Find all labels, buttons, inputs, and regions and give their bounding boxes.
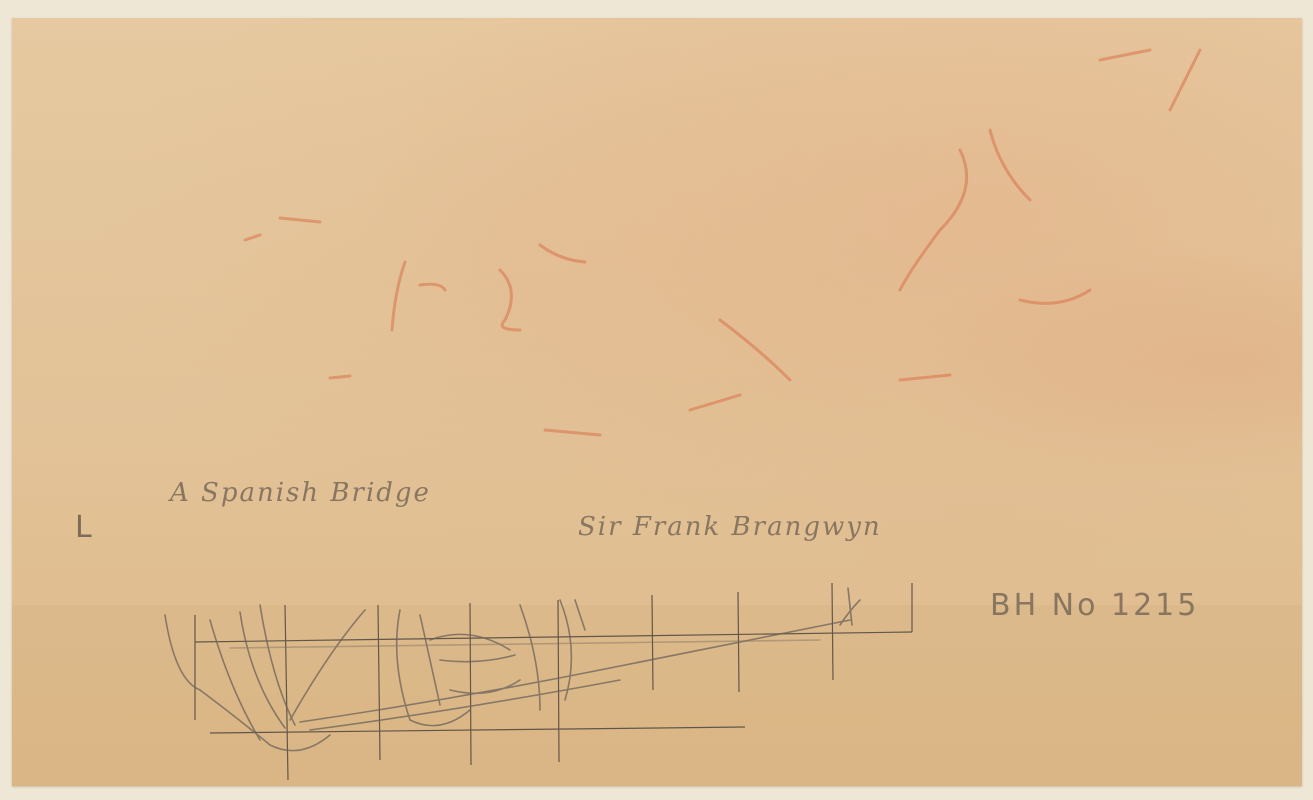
bridge-sketch <box>165 588 860 751</box>
pencil-grid <box>195 583 912 780</box>
artist-inscription: Sir Frank Brangwyn <box>578 512 882 542</box>
inventory-number: BH No 1215 <box>990 588 1199 623</box>
title-inscription: A Spanish Bridge <box>170 478 431 508</box>
margin-mark: L <box>75 510 94 545</box>
red-chalk-studies <box>245 50 1200 435</box>
drawing-sketches <box>0 0 1313 800</box>
